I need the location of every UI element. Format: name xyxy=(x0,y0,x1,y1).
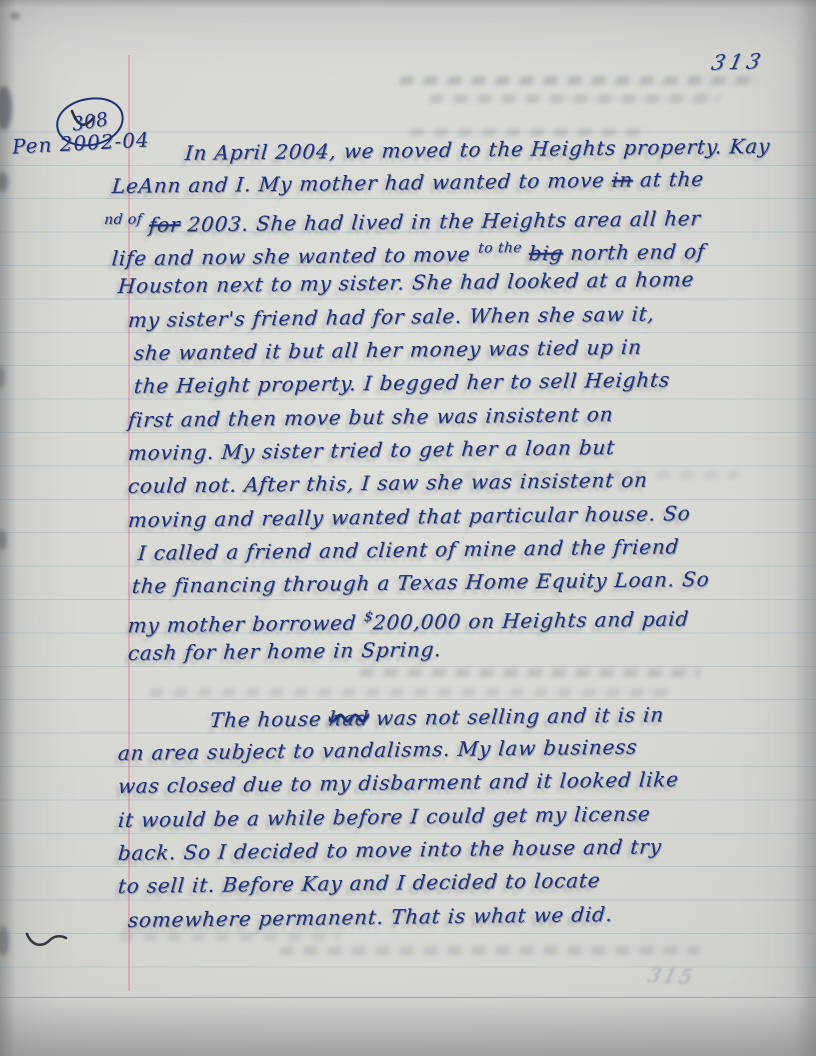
handwritten-line: an area subject to vandalisms. My law bu… xyxy=(117,732,639,768)
handwritten-line: to sell it. Before Kay and I decided to … xyxy=(117,865,602,901)
edge-blotch xyxy=(0,530,7,550)
page-number: 313 xyxy=(709,49,767,75)
struck-word: in xyxy=(611,168,634,192)
hand-text: The house xyxy=(209,707,330,732)
scan-edge-line xyxy=(0,997,816,998)
hand-text: my mother borrowed xyxy=(127,611,365,638)
edge-blotch xyxy=(10,12,20,20)
show-through-smudge xyxy=(399,76,761,85)
handwritten-line: the Height property. I begged her to sel… xyxy=(133,364,671,401)
hand-text: north end of xyxy=(562,239,706,265)
scan-shadow-top xyxy=(0,0,816,8)
hand-text: an area subject to vandalisms. My law bu… xyxy=(117,735,638,765)
inserted-word: to the xyxy=(478,240,523,257)
edge-blotch xyxy=(0,86,12,130)
show-through-smudge xyxy=(359,668,701,677)
hand-text: the Height property. I begged her to sel… xyxy=(133,367,671,398)
handwritten-line: first and then move but she was insisten… xyxy=(127,399,615,435)
handwritten-line: she wanted it but all her money was tied… xyxy=(133,332,643,368)
handwritten-line: moving and really wanted that particular… xyxy=(127,498,692,535)
hand-text: my sister's friend had for sale. When sh… xyxy=(127,302,656,332)
struck-word: big xyxy=(528,241,564,265)
hand-text: the financing through a Texas Home Equit… xyxy=(131,567,710,598)
handwritten-line: I called a friend and client of mine and… xyxy=(137,531,681,568)
hand-text: at the xyxy=(632,167,705,192)
handwritten-line: it would be a while before I could get m… xyxy=(117,799,652,835)
notebook-page: 308 Pen 2002-04 313 In April 2004, we mo… xyxy=(0,0,816,1056)
handwritten-line: back. So I decided to move into the hous… xyxy=(117,831,663,868)
hand-text: it would be a while before I could get m… xyxy=(117,802,651,832)
hand-text: to sell it. Before Kay and I decided to … xyxy=(117,868,601,898)
inserted-word: nd of xyxy=(104,212,143,228)
bleed-through-number: 315 xyxy=(645,963,698,989)
edge-blotch xyxy=(0,172,8,192)
hand-text: LeAnn and I. My mother had wanted to mov… xyxy=(111,168,613,198)
handwritten-line: cash for her home in Spring. xyxy=(127,634,443,668)
hand-text: was not selling and it is in xyxy=(368,702,665,730)
handwritten-line: moving. My sister tried to get her a loa… xyxy=(127,432,616,468)
hand-text: could not. After this, I saw she was ins… xyxy=(127,468,649,498)
show-through-smudge xyxy=(279,946,701,955)
handwritten-line: somewhere permanent. That is what we did… xyxy=(127,899,614,935)
pen-squiggle xyxy=(24,930,72,950)
edge-blotch xyxy=(0,366,5,388)
show-through-smudge xyxy=(429,94,721,103)
hand-text: first and then move but she was insisten… xyxy=(127,402,614,432)
hand-text: somewhere permanent. That is what we did… xyxy=(127,902,614,932)
show-through-smudge xyxy=(149,688,671,697)
handwritten-line: In April 2004, we moved to the Heights p… xyxy=(184,131,771,168)
scribbled-word: had xyxy=(328,706,370,730)
hand-text: moving. My sister tried to get her a loa… xyxy=(127,435,616,465)
hand-text: cash for her home in Spring. xyxy=(127,637,442,665)
handwritten-line: was closed due to my disbarment and it l… xyxy=(117,764,680,801)
hand-text: moving and really wanted that particular… xyxy=(127,501,691,532)
hand-text: Houston next to my sister. She had looke… xyxy=(117,267,695,298)
handwritten-line: The house had was not selling and it is … xyxy=(209,699,665,735)
hand-text: she wanted it but all her money was tied… xyxy=(133,335,643,365)
hand-text: life and now she wanted to move xyxy=(111,242,479,270)
struck-word: for xyxy=(148,212,181,236)
scan-shadow-right xyxy=(794,0,816,1056)
handwritten-line: the financing through a Texas Home Equit… xyxy=(131,564,711,601)
handwritten-line: my sister's friend had for sale. When sh… xyxy=(127,299,656,335)
hand-text: In April 2004, we moved to the Heights p… xyxy=(184,134,771,165)
edge-blotch xyxy=(0,926,9,956)
handwritten-line: could not. After this, I saw she was ins… xyxy=(127,465,649,501)
hand-text: was closed due to my disbarment and it l… xyxy=(117,767,680,798)
hand-text: 200,000 on Heights and paid xyxy=(372,607,690,635)
scan-shadow-bottom xyxy=(0,998,816,1056)
handwritten-line: LeAnn and I. My mother had wanted to mov… xyxy=(111,164,705,201)
margin-note: Pen 2002-04 xyxy=(11,127,150,158)
handwritten-line: Houston next to my sister. She had looke… xyxy=(117,264,696,301)
hand-text: I called a friend and client of mine and… xyxy=(137,534,680,565)
hand-text: back. So I decided to move into the hous… xyxy=(117,834,663,865)
